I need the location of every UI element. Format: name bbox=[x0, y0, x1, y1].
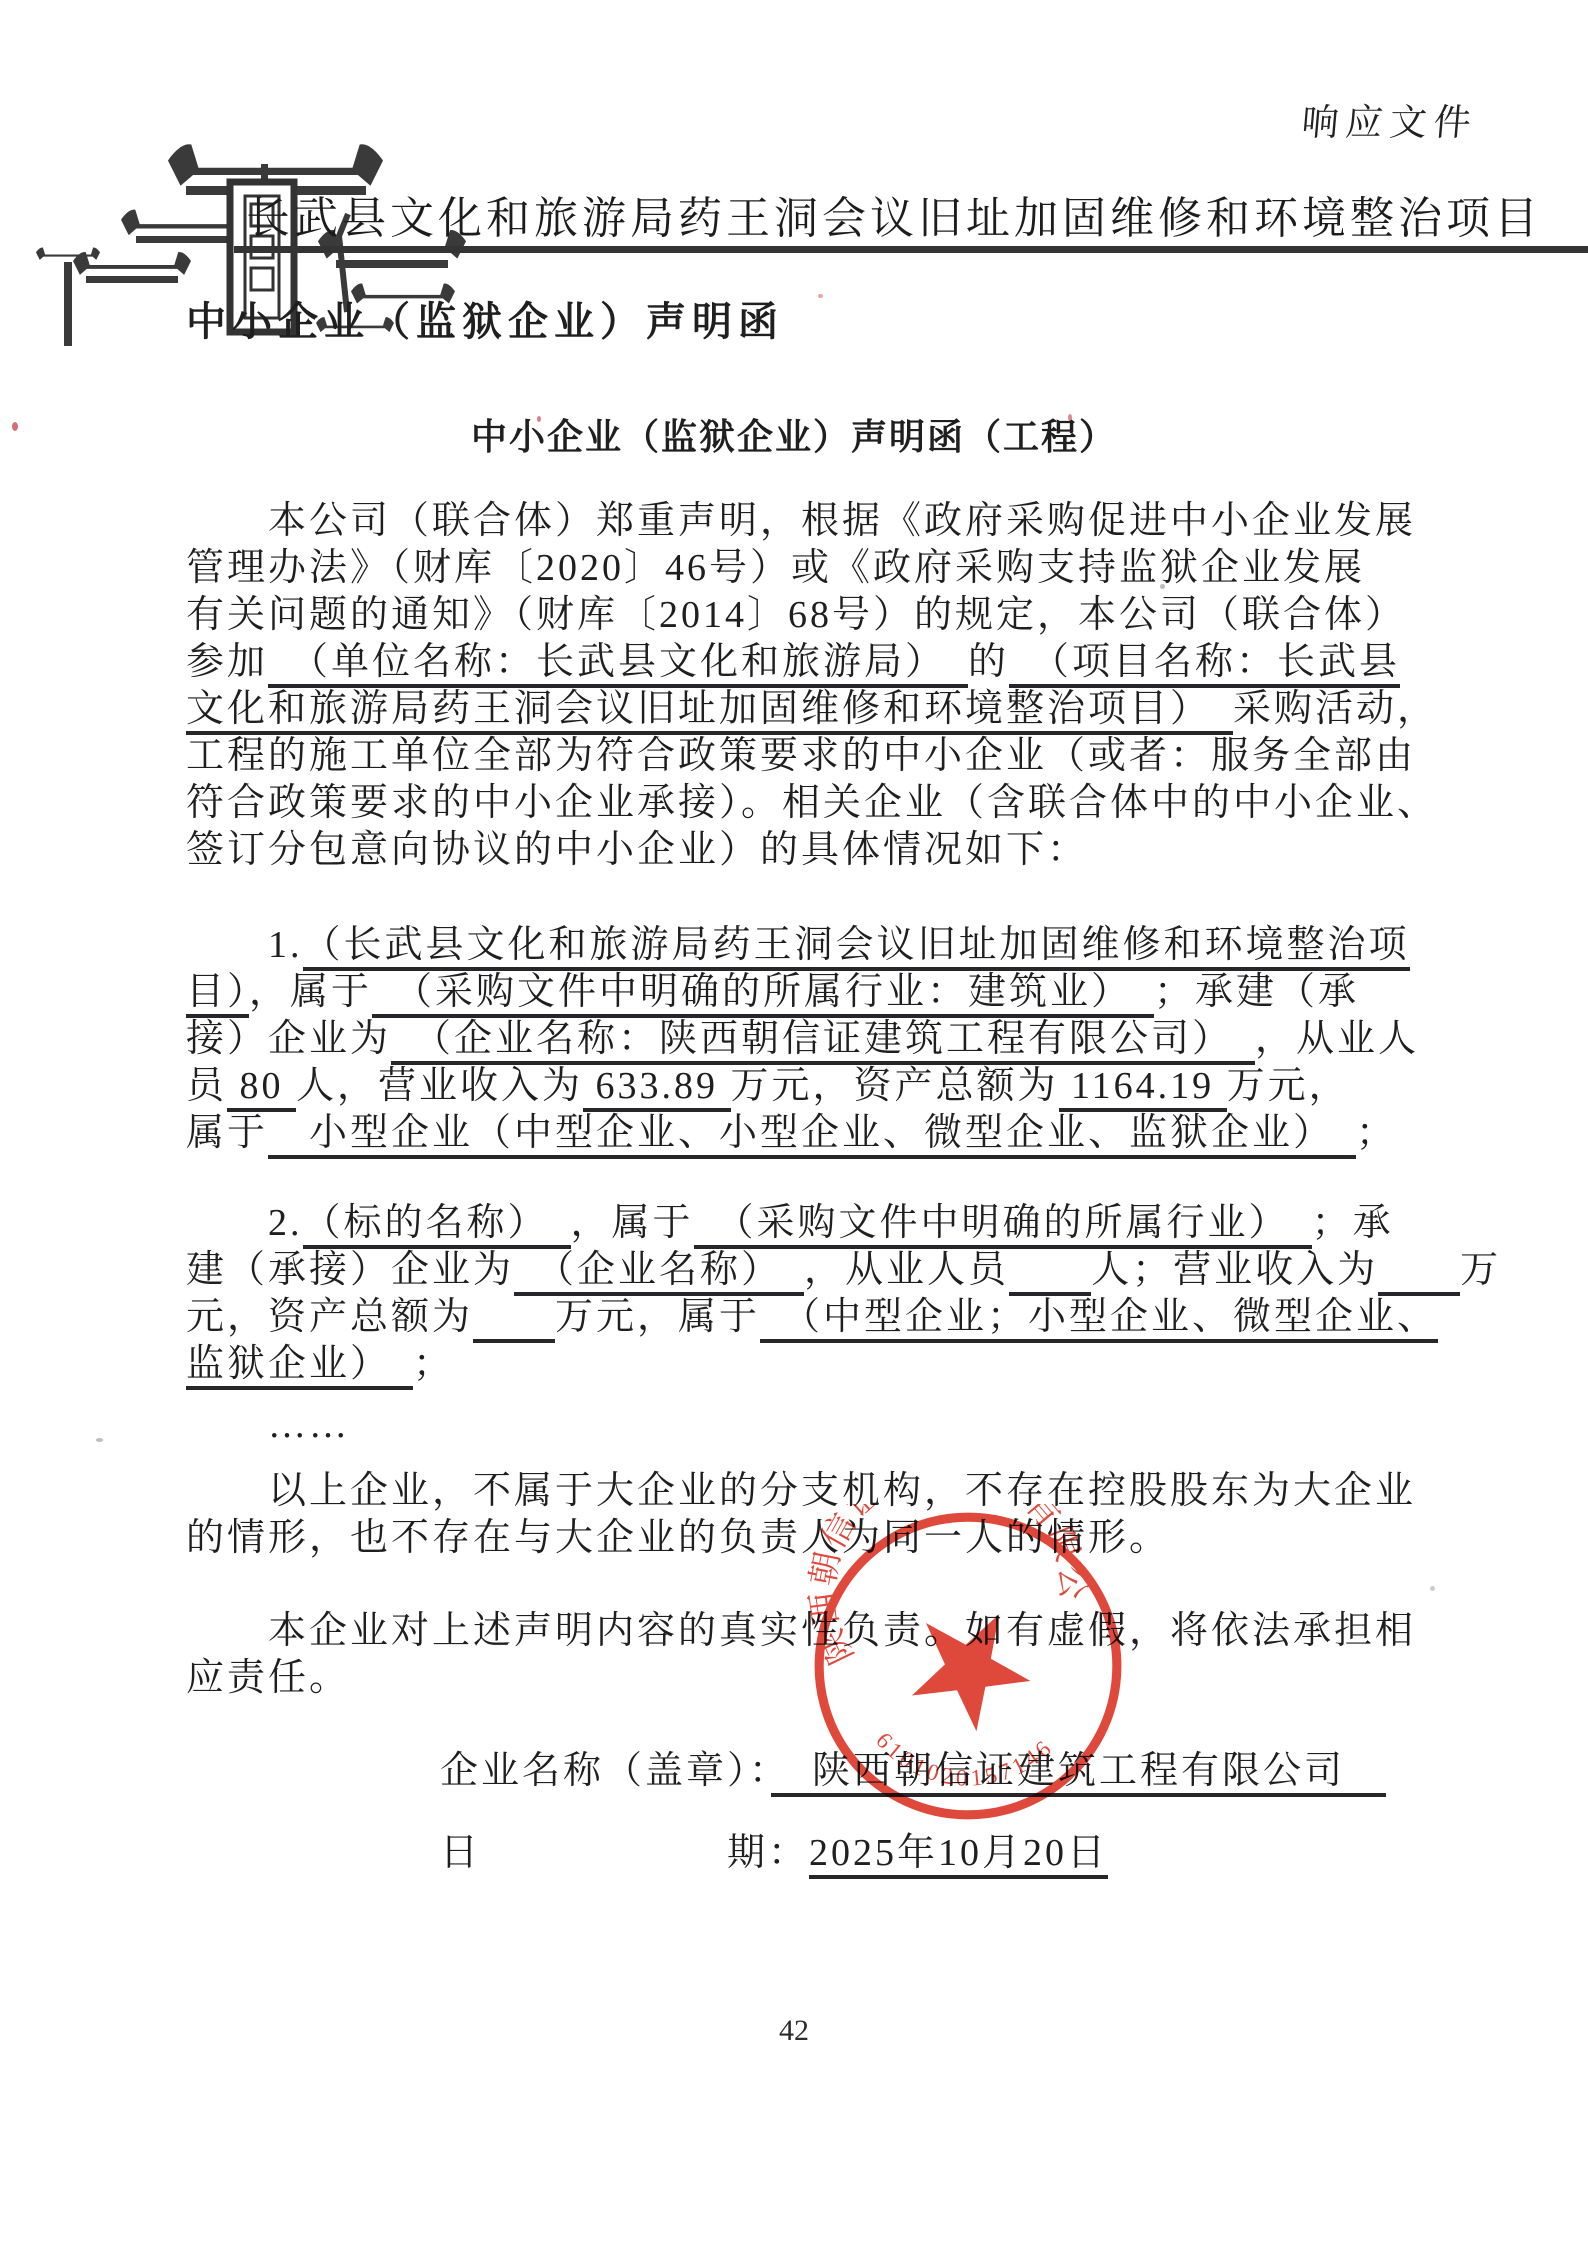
company-seal-stamp: 陕西朝信证建筑工程有限公司 6101020157146 bbox=[806, 1504, 1130, 1828]
text-segment: 人，营业收入为 bbox=[296, 1065, 583, 1107]
header-project-title: 长武县文化和旅游局药王洞会议旧址加固维修和环境整治项目 bbox=[246, 182, 1542, 246]
text-line: 日 期：2025年10月20日 bbox=[440, 1830, 1540, 1877]
text-line: 本公司（联合体）郑重声明，根据《政府采购促进中小企业发展 bbox=[186, 498, 1446, 545]
text-segment: 管理办法》（财库〔2020〕46号）或《政府采购支持监狱企业发展 bbox=[186, 547, 1365, 589]
response-file-label: 响应文件 bbox=[1300, 92, 1481, 146]
text-line: 符合政策要求的中小企业承接）。相关企业（含联合体中的中小企业、 bbox=[186, 780, 1446, 827]
noise-speck bbox=[818, 294, 823, 298]
text-segment: ； bbox=[413, 1343, 454, 1385]
underlined-fill-in: （项目名称：长武县 bbox=[1009, 641, 1400, 688]
text-line: …… bbox=[186, 1402, 1446, 1449]
noise-speck bbox=[537, 416, 541, 422]
underlined-fill-in: 2025年10月20日 bbox=[809, 1832, 1108, 1879]
text-line: 有关问题的通知》（财库〔2014〕68号）的规定，本公司（联合体） bbox=[186, 592, 1446, 639]
main-heading: 中小企业（监狱企业）声明函 bbox=[186, 298, 1446, 345]
text-segment: ；承建（承 bbox=[1154, 971, 1359, 1013]
page-number: 42 bbox=[0, 2014, 1588, 2048]
text-segment: 人；营业收入为 bbox=[1091, 1249, 1378, 1291]
noise-speck bbox=[1430, 1586, 1435, 1591]
underlined-fill-in: 小型企业（中型企业、小型企业、微型企业、监狱企业） bbox=[268, 1112, 1356, 1159]
text-segment: 的 bbox=[968, 641, 1009, 683]
text-segment: 员 bbox=[186, 1065, 227, 1107]
text-line: 监狱企业） ； bbox=[186, 1341, 1446, 1388]
noise-speck bbox=[96, 1438, 103, 1442]
text-segment: 参加 bbox=[186, 641, 268, 683]
signature-date-line: 日 期：2025年10月20日 bbox=[440, 1830, 1540, 1877]
text-segment: 建（承接）企业为 bbox=[186, 1249, 514, 1291]
text-segment: …… bbox=[186, 1404, 350, 1446]
underlined-fill-in: 监狱企业） bbox=[186, 1343, 413, 1390]
text-segment: 万 bbox=[1460, 1249, 1501, 1291]
text-segment: 符合政策要求的中小企业承接）。相关企业（含联合体中的中小企业、 bbox=[186, 782, 1438, 824]
text-line: 目），属于 （采购文件中明确的所属行业：建筑业） ；承建（承 bbox=[186, 969, 1446, 1016]
underlined-fill-in: （中型企业；小型企业、微型企业、 bbox=[760, 1296, 1438, 1343]
text-line: 接）企业为 （企业名称：陕西朝信证建筑工程有限公司） ，从业人 bbox=[186, 1016, 1446, 1063]
underlined-fill-in: 633.89 bbox=[583, 1065, 731, 1112]
text-segment: 企业名称（盖章）： bbox=[440, 1750, 771, 1792]
text-segment: 2. bbox=[186, 1202, 303, 1244]
document-page: 响应文件 长武县文化和旅游局药王洞会议旧址加固维修和环境整治项目 中小企业（监狱… bbox=[0, 0, 1588, 2245]
text-segment: ；承 bbox=[1312, 1202, 1394, 1244]
underlined-fill-in: （采购文件中明确的所属行业） bbox=[694, 1202, 1312, 1249]
text-segment: 属于 bbox=[186, 1112, 268, 1154]
text-segment: 以上企业，不属于大企业的分支机构，不存在控股股东为大企业 bbox=[186, 1470, 1416, 1512]
text-segment: 工程的施工单位全部为符合政策要求的中小企业（或者：服务全部由 bbox=[186, 735, 1416, 777]
text-segment: ； bbox=[1356, 1112, 1397, 1154]
text-line: 签订分包意向协议的中小企业）的具体情况如下： bbox=[186, 827, 1446, 874]
seal-star-icon bbox=[888, 1594, 1040, 1749]
text-line: 管理办法》（财库〔2020〕46号）或《政府采购支持监狱企业发展 bbox=[186, 545, 1446, 592]
text-line: 文化和旅游局药王洞会议旧址加固维修和环境整治项目） 采购活动， bbox=[186, 686, 1446, 733]
underlined-fill-in: 1164.19 bbox=[1059, 1065, 1227, 1112]
text-line: 元，资产总额为 万元，属于 （中型企业；小型企业、微型企业、 bbox=[186, 1294, 1446, 1341]
text-segment: 本公司（联合体）郑重声明，根据《政府采购促进中小企业发展 bbox=[186, 500, 1416, 542]
text-line: 参加 （单位名称：长武县文化和旅游局） 的 （项目名称：长武县 bbox=[186, 639, 1446, 686]
paragraph-item-1: 1.（长武县文化和旅游局药王洞会议旧址加固维修和环境整治项目），属于 （采购文件… bbox=[186, 922, 1446, 1157]
paragraph-declaration: 本公司（联合体）郑重声明，根据《政府采购促进中小企业发展管理办法》（财库〔202… bbox=[186, 498, 1446, 874]
noise-speck bbox=[1160, 584, 1165, 589]
text-segment: 万元， bbox=[1227, 1065, 1350, 1107]
text-line: 工程的施工单位全部为符合政策要求的中小企业（或者：服务全部由 bbox=[186, 733, 1446, 780]
underlined-fill-in bbox=[1009, 1249, 1091, 1296]
text-segment: 签订分包意向协议的中小企业）的具体情况如下： bbox=[186, 829, 1088, 871]
underlined-fill-in: （企业名称） bbox=[514, 1249, 804, 1296]
text-segment: 万元，资产总额为 bbox=[731, 1065, 1059, 1107]
text-segment: 日 期： bbox=[440, 1832, 809, 1874]
text-segment: 本企业对上述声明内容的真实性负责。如有虚假，将依法承担相 bbox=[186, 1610, 1416, 1652]
underlined-fill-in: （长武县文化和旅游局药王洞会议旧址加固维修和环境整治项 bbox=[303, 924, 1410, 971]
text-segment: 元，资产总额为 bbox=[186, 1296, 473, 1338]
underlined-fill-in: （企业名称：陕西朝信证建筑工程有限公司） bbox=[391, 1018, 1255, 1065]
text-line: 2.（标的名称） ，属于 （采购文件中明确的所属行业） ；承 bbox=[186, 1200, 1446, 1247]
noise-speck bbox=[12, 422, 18, 431]
text-line: 属于 小型企业（中型企业、小型企业、微型企业、监狱企业） ； bbox=[186, 1110, 1446, 1157]
noise-speck bbox=[1068, 414, 1072, 421]
text-segment: ，从业人员 bbox=[804, 1249, 1009, 1291]
underlined-fill-in: （单位名称：长武县文化和旅游局） bbox=[268, 641, 968, 688]
text-segment: ，属于 bbox=[571, 1202, 694, 1244]
header-rule bbox=[234, 246, 1588, 253]
text-segment: ，属于 bbox=[249, 971, 372, 1013]
paragraph-ellipsis: …… bbox=[186, 1402, 1446, 1449]
underlined-fill-in: 80 bbox=[227, 1065, 296, 1112]
text-segment: 采购活动， bbox=[1233, 688, 1438, 730]
underlined-fill-in bbox=[1378, 1249, 1460, 1296]
paragraph-item-2: 2.（标的名称） ，属于 （采购文件中明确的所属行业） ；承建（承接）企业为 （… bbox=[186, 1200, 1446, 1388]
underlined-fill-in bbox=[473, 1296, 555, 1343]
text-segment: 万元，属于 bbox=[555, 1296, 760, 1338]
text-line: 1.（长武县文化和旅游局药王洞会议旧址加固维修和环境整治项 bbox=[186, 922, 1446, 969]
sub-heading: 中小企业（监狱企业）声明函（工程） bbox=[0, 414, 1588, 461]
text-segment: ，从业人 bbox=[1255, 1018, 1419, 1060]
text-segment: 1. bbox=[186, 924, 303, 966]
underlined-fill-in: 目） bbox=[186, 971, 249, 1018]
underlined-fill-in: 文化和旅游局药王洞会议旧址加固维修和环境整治项目） bbox=[186, 688, 1233, 735]
text-segment: 有关问题的通知》（财库〔2014〕68号）的规定，本公司（联合体） bbox=[186, 594, 1406, 636]
underlined-fill-in: （采购文件中明确的所属行业：建筑业） bbox=[372, 971, 1154, 1018]
text-segment: 应责任。 bbox=[186, 1657, 350, 1699]
text-line: 员 80 人，营业收入为 633.89 万元，资产总额为 1164.19 万元， bbox=[186, 1063, 1446, 1110]
text-segment: 接）企业为 bbox=[186, 1018, 391, 1060]
text-line: 建（承接）企业为 （企业名称） ，从业人员 人；营业收入为 万 bbox=[186, 1247, 1446, 1294]
underlined-fill-in: （标的名称） bbox=[303, 1202, 571, 1249]
